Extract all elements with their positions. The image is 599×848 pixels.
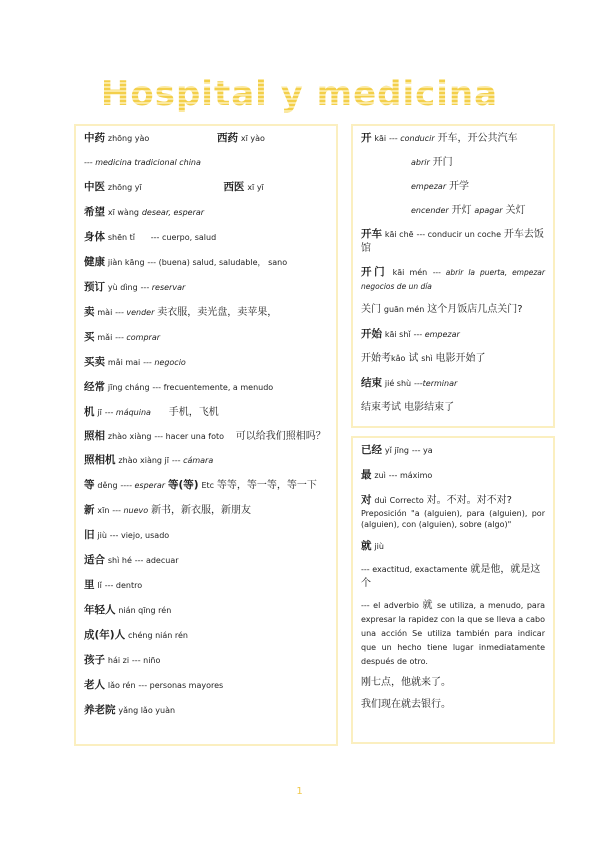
pinyin: mǎi	[97, 333, 112, 342]
definition: --- personas mayores	[138, 681, 223, 690]
entry-shihe: 适合 shì hé --- adecuar	[84, 554, 328, 567]
entry-mai-buy: 买 mǎi --- comprar	[84, 331, 328, 344]
example: 可以给我们照相吗？	[236, 431, 326, 442]
definition: encender	[411, 206, 449, 215]
hanzi: 对	[361, 494, 372, 506]
page-number: 1	[0, 786, 599, 797]
entry-xiwang: 希望 xī wàng desear, esperar	[84, 206, 328, 219]
hanzi: 卖	[84, 306, 95, 318]
pinyin: kǎo	[391, 354, 405, 363]
hanzi: 经常	[84, 381, 105, 393]
vocab-box-left: 中药 zhōng yào 西药 xī yào --- medicina trad…	[74, 124, 338, 746]
entry-xin: 新 xīn --- nuevo 新书，新衣服，新朋友	[84, 504, 328, 517]
definition: --- ya	[412, 446, 433, 455]
definition: --- abrir la puerta, empezar negocios de…	[361, 268, 545, 291]
definition: --- comprar	[115, 333, 160, 342]
definition: Etc	[201, 481, 214, 490]
definition: --- empezar	[414, 330, 460, 339]
entry-kaiche: 开车 kāi chē --- conducir un coche 开车去饭馆	[361, 227, 545, 256]
definition: --- cuerpo, salud	[151, 233, 216, 242]
pinyin: zhào xiàng	[108, 432, 152, 441]
entry-zhongyi: 中医 zhōng yī 西医 xī yī	[84, 181, 328, 194]
entry-guanmen: 关门 guān mén 这个月饭店几点关门?	[361, 304, 545, 316]
hanzi: 希望	[84, 206, 105, 218]
pinyin: kāi shǐ	[385, 330, 411, 339]
example: 新书，新衣服，新朋友	[151, 505, 251, 516]
pinyin: kāi mén	[393, 268, 428, 277]
hanzi: 西药	[217, 132, 238, 144]
hanzi: 买卖	[84, 356, 105, 368]
entry-kai: 开 kāi --- conducir 开车，开公共汽车	[361, 132, 545, 145]
hanzi: 旧	[84, 529, 95, 541]
definition: --- reservar	[141, 283, 186, 292]
entry-li: 里 lǐ --- dentro	[84, 579, 328, 592]
hanzi: 预订	[84, 281, 105, 293]
page-title: Hospital y medicina	[0, 72, 599, 116]
pinyin: jī	[97, 408, 101, 417]
entry-kaimen: 开门 kāi mén --- abrir la puerta, empezar …	[361, 266, 545, 294]
entry-yijing: 已经 yǐ jīng --- ya	[361, 444, 545, 457]
entry-jieshu: 结束 jié shù ---terminar	[361, 377, 545, 390]
hanzi: 身体	[84, 231, 105, 243]
hanzi: 中药	[84, 132, 105, 144]
hanzi: 就	[361, 540, 372, 552]
definition: --- exactitud, exactamente	[361, 565, 467, 574]
hanzi: 老人	[84, 679, 105, 691]
entry-jiankang: 健康 jiàn kāng --- (buena) salud, saludabl…	[84, 256, 328, 269]
hanzi: 孩子	[84, 654, 105, 666]
entry-jiu-old: 旧 jiù --- viejo, usado	[84, 529, 328, 542]
entry-zhongyao: 中药 zhōng yào 西药 xī yào	[84, 132, 328, 145]
pinyin: lǐ	[97, 581, 101, 590]
definition: --- cámara	[172, 456, 213, 465]
vocab-box-kai: 开 kāi --- conducir 开车，开公共汽车 abrir 开门 emp…	[351, 124, 555, 428]
entry-nianqingren: 年轻人 nián qīng rén	[84, 604, 328, 617]
entry-deng: 等 děng ---- esperar 等(等) Etc 等等，等一等，等一下	[84, 479, 328, 492]
entry-jiu-adverb: --- el adverbio 就 se utiliza, a menudo, …	[361, 599, 545, 669]
pinyin: děng	[97, 481, 117, 490]
definition: --- negocio	[143, 358, 186, 367]
example: 开门	[433, 157, 453, 168]
definition: Correcto	[390, 496, 424, 505]
definition: --- máquina	[105, 408, 151, 417]
entry-zhaoxiangji: 照相机 zhào xiàng jī --- cámara	[84, 454, 328, 467]
hanzi: 照相机	[84, 454, 116, 466]
pinyin: zhào xiàng jī	[118, 456, 169, 465]
definition: apagar	[474, 206, 502, 215]
example: 开始考	[361, 353, 391, 364]
definition: --- nuevo	[112, 506, 148, 515]
hanzi: 开	[361, 132, 372, 144]
hanzi: 适合	[84, 554, 105, 566]
entry-laoren: 老人 lǎo rén --- personas mayores	[84, 679, 328, 692]
definition: --- medicina tradicional china	[84, 158, 201, 167]
pinyin: shì hé	[108, 556, 132, 565]
pinyin: chéng nián rén	[128, 631, 188, 640]
definition: --- hacer una foto	[154, 432, 224, 441]
pinyin: duì	[374, 496, 386, 505]
example: 关灯	[505, 205, 525, 216]
example: 对。不对。对不对?	[427, 495, 512, 506]
pinyin: kāi	[374, 134, 386, 143]
hanzi: 西医	[223, 181, 244, 193]
vocab-box-adverbs: 已经 yǐ jīng --- ya 最 zuì --- máximo 对 duì…	[351, 436, 555, 744]
pinyin: xī wàng	[108, 208, 139, 217]
hanzi: 中医	[84, 181, 105, 193]
pinyin: mài	[97, 308, 112, 317]
entry-shenti: 身体 shēn tǐ --- cuerpo, salud	[84, 231, 328, 244]
hanzi: 关门	[361, 304, 381, 315]
example: 试	[408, 353, 418, 364]
definition: ---- esperar	[120, 481, 165, 490]
definition: --- conducir un coche	[416, 230, 501, 239]
example: 这个月饭店几点关门?	[427, 304, 522, 315]
entry-haizi: 孩子 hái zi --- niño	[84, 654, 328, 667]
definition: --- adecuar	[135, 556, 179, 565]
example-sentence-1: 刚七点，他就来了。	[361, 677, 545, 689]
definition: se utiliza, a menudo, para expresar la r…	[361, 601, 545, 666]
definition: --- el adverbio	[361, 601, 419, 610]
pinyin: guān mén	[384, 305, 424, 314]
hanzi: 买	[84, 331, 95, 343]
hanzi: 照相	[84, 430, 105, 442]
pinyin: jiàn kāng	[108, 258, 145, 267]
example: 刚七点，他就来了。	[361, 677, 451, 688]
pinyin: yǐ jīng	[385, 446, 409, 455]
entry-medicina: --- medicina tradicional china	[84, 157, 328, 169]
pinyin: mǎi mai	[108, 358, 140, 367]
definition: --- niño	[132, 656, 160, 665]
entry-yuding: 预订 yù dìng --- reservar	[84, 281, 328, 294]
definition: --- dentro	[105, 581, 142, 590]
hanzi: 最	[361, 469, 372, 481]
entry-maimai: 买卖 mǎi mai --- negocio	[84, 356, 328, 369]
definition: --- frecuentemente, a menudo	[152, 383, 273, 392]
entry-mai-sell: 卖 mài --- vender 卖衣服，卖光盘，卖苹果，	[84, 306, 328, 319]
example: 就	[422, 600, 433, 611]
definition: --- viejo, usado	[110, 531, 169, 540]
example: 开灯	[452, 205, 472, 216]
example: 电影开始了	[436, 353, 486, 364]
definition: Preposición "a (alguien), para (alguien)…	[361, 509, 545, 529]
example: 卖衣服，卖光盘，卖苹果，	[157, 307, 277, 318]
hanzi: 结束	[361, 377, 382, 389]
hanzi: 里	[84, 579, 95, 591]
hanzi: 机	[84, 406, 95, 418]
definition: ---terminar	[414, 379, 457, 388]
pinyin: jiù	[97, 531, 107, 540]
hanzi: 年轻人	[84, 604, 116, 616]
pinyin: kāi chē	[385, 230, 414, 239]
entry-zhaoxiang: 照相 zhào xiàng --- hacer una foto 可以给我们照相…	[84, 429, 328, 444]
pinyin: yǎng lǎo yuàn	[118, 706, 175, 715]
hanzi: 等	[84, 479, 95, 491]
definition: --- máximo	[389, 471, 433, 480]
definition: empezar	[411, 182, 446, 191]
entry-jingchang: 经常 jīng cháng --- frecuentemente, a menu…	[84, 381, 328, 394]
pinyin: xī yào	[241, 134, 265, 143]
hanzi: 成(年)人	[84, 629, 125, 641]
entry-kai-abrir: abrir 开门	[361, 157, 545, 169]
hanzi: 健康	[84, 256, 105, 268]
definition: --- vender	[115, 308, 154, 317]
pinyin: jīng cháng	[108, 383, 150, 392]
example-sentence-2: 我们现在就去银行。	[361, 699, 545, 711]
entry-kaishi: 开始 kāi shǐ --- empezar	[361, 328, 545, 341]
hanzi: 已经	[361, 444, 382, 456]
example: 开车，开公共汽车	[438, 133, 518, 144]
hanzi: 新	[84, 504, 95, 516]
pinyin: shēn tǐ	[108, 233, 135, 242]
definition: abrir	[411, 158, 430, 167]
example: 结束考试 电影结束了	[361, 402, 454, 413]
pinyin: hái zi	[108, 656, 129, 665]
entry-dui-preposition: Preposición "a (alguien), para (alguien)…	[361, 508, 545, 530]
entry-ji: 机 jī --- máquina 手机，飞机	[84, 406, 328, 419]
pinyin: lǎo rén	[108, 681, 136, 690]
entry-kaishi-example: 开始考kǎo 试 shì 电影开始了	[361, 353, 545, 365]
hanzi: 等(等)	[168, 479, 199, 491]
entry-yanglaoyuan: 养老院 yǎng lǎo yuàn	[84, 704, 328, 717]
pinyin: jié shù	[385, 379, 411, 388]
example: 手机，飞机	[169, 407, 219, 418]
pinyin: xīn	[97, 506, 109, 515]
entry-jiu-exactly: --- exactitud, exactamente 就是他，就是这个	[361, 563, 545, 591]
pinyin: zhōng yī	[108, 183, 142, 192]
hanzi: 开门	[361, 266, 387, 278]
hanzi: 养老院	[84, 704, 116, 716]
pinyin: nián qīng rén	[118, 606, 171, 615]
entry-jiu: 就 jiù	[361, 540, 545, 553]
entry-dui: 对 duì Correcto 对。不对。对不对?	[361, 494, 545, 507]
entry-jieshu-example: 结束考试 电影结束了	[361, 402, 545, 414]
example: 开学	[449, 181, 469, 192]
entry-zui: 最 zuì --- máximo	[361, 469, 545, 482]
definition: --- (buena) salud, saludable， sano	[147, 258, 287, 267]
entry-kai-empezar: empezar 开学	[361, 181, 545, 193]
pinyin: jiù	[374, 542, 384, 551]
pinyin: xī yī	[247, 183, 263, 192]
definition: --- conducir	[389, 134, 435, 143]
example: 我们现在就去银行。	[361, 699, 451, 710]
pinyin: yù dìng	[108, 283, 138, 292]
pinyin: zuì	[374, 471, 386, 480]
entry-kai-encender: encender 开灯 apagar 关灯	[361, 205, 545, 217]
pinyin: shì	[421, 354, 432, 363]
example: 等等，等一等，等一下	[217, 480, 317, 491]
definition: desear, esperar	[142, 208, 204, 217]
pinyin: zhōng yào	[108, 134, 149, 143]
hanzi: 开始	[361, 328, 382, 340]
entry-chengnianren: 成(年)人 chéng nián rén	[84, 629, 328, 642]
hanzi: 开车	[361, 228, 382, 240]
